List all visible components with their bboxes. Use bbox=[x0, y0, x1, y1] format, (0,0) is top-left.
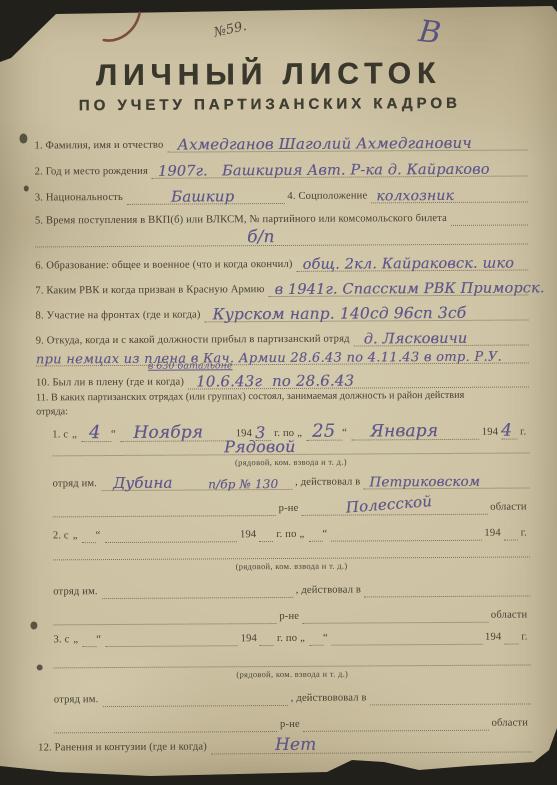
field-units-label2: отряда: bbox=[36, 403, 537, 417]
acted-in-label: , действововал в bbox=[288, 692, 370, 705]
unit3-name-line bbox=[102, 691, 288, 707]
unit1-name-row: отряд им. Дубина п/бр № 130 , действовал… bbox=[53, 472, 530, 491]
unit1-role: Рядовой bbox=[224, 439, 296, 455]
field-surname-value: Ахмедганов Шаголий Ахмедганович bbox=[177, 136, 471, 153]
district-label: р-не bbox=[277, 719, 303, 732]
quote-close: “ bbox=[322, 529, 331, 542]
field-surname-label: 1. Фамилия, имя и отчество bbox=[34, 140, 167, 154]
field-birth-label: 2. Год и место рождения bbox=[35, 166, 152, 180]
year-prefix: 194 bbox=[238, 633, 260, 646]
unit3-num: 3. с bbox=[53, 634, 73, 647]
unit3-month-line bbox=[105, 631, 238, 647]
scanned-document: №59. В ЛИЧНЫЙ ЛИСТОК ПО УЧЕТУ ПАРТИЗАНСК… bbox=[0, 0, 557, 785]
field-education-value: общ. 2кл. Кайраковск. шко bbox=[303, 256, 515, 272]
unit3-day2-line bbox=[309, 631, 323, 646]
field-nationality-label: 3. Национальность bbox=[35, 192, 127, 206]
quote-open: „ bbox=[300, 633, 309, 646]
unit1-day: 4 bbox=[89, 424, 101, 442]
unit3-acted-line bbox=[370, 689, 531, 705]
unit1-district-line bbox=[53, 501, 276, 517]
field-party-row: 5. Время поступления в ВКП(б) или ВЛКСМ,… bbox=[35, 209, 528, 228]
field-arrival-label: 9. Откуда, когда и с какой должности при… bbox=[36, 334, 354, 349]
pen-flourish-icon bbox=[98, 9, 146, 51]
field-arrival-row: 9. Откуда, когда и с какой должности при… bbox=[36, 329, 529, 348]
unit3-role-line bbox=[54, 650, 531, 668]
field-social-line: колхозник bbox=[370, 187, 528, 203]
field-party-label: 5. Время поступления в ВКП(б) или ВЛКСМ,… bbox=[35, 213, 451, 229]
role-hint: (рядовой, ком. взвода и т. д.) bbox=[54, 667, 531, 680]
field-party-value: б/п bbox=[247, 229, 275, 246]
quote-open: „ bbox=[299, 529, 308, 542]
unit3-dates-row: 3. с „ “ 194 г. по „ “ 194 г. bbox=[53, 628, 530, 647]
unit1-role-line: Рядовой bbox=[52, 438, 529, 456]
unit2-month-line bbox=[104, 527, 237, 543]
unit3-role-row bbox=[54, 652, 531, 668]
field-rvk-label: 7. Каким РВК и когда призван в Красную А… bbox=[35, 284, 268, 298]
field-captivity-value: 10.6.43г по 28.6.43 bbox=[196, 374, 354, 390]
unit3-year2-line bbox=[504, 630, 518, 645]
year-prefix: 194 bbox=[481, 528, 503, 541]
field-rvk-line: в 1941г. Спасским РВК Приморск. bbox=[268, 280, 528, 297]
unit2-num: 2. с bbox=[53, 530, 73, 543]
oblast-label: области bbox=[487, 501, 530, 514]
unit3-name-row: отряд им. , действововал в bbox=[54, 688, 531, 707]
field-social-label: 4. Соцположение bbox=[284, 190, 370, 204]
field-arrival-value: д. Лясковичи bbox=[364, 331, 468, 346]
ink-spot bbox=[37, 664, 43, 670]
unit1-oblast: Полесской bbox=[346, 494, 433, 516]
unit2-role-line bbox=[53, 542, 530, 560]
unit3-district-line bbox=[54, 717, 277, 733]
quote-open: „ bbox=[73, 530, 82, 543]
quote-open: „ bbox=[73, 634, 82, 647]
role-hint: (рядовой, ком. взвода и т. д.) bbox=[53, 559, 530, 572]
field-arrival-insert: в 630 батальоне bbox=[148, 360, 233, 372]
field-wounds-value: Нет bbox=[275, 737, 317, 754]
unit3-district-row: р-не области bbox=[54, 714, 531, 733]
field-surname-row: 1. Фамилия, имя и отчество Ахмедганов Ша… bbox=[34, 134, 527, 153]
field-birth-row: 2. Год и место рождения 1907г. Башкирия … bbox=[35, 160, 528, 179]
unit1-name: Дубина bbox=[113, 476, 173, 491]
unit1-year2-digit: 4 bbox=[501, 423, 512, 440]
field-fronts-value: Курском напр. 140сд 96сп 3сб bbox=[213, 305, 467, 322]
ink-spot bbox=[30, 621, 37, 629]
oblast-label: области bbox=[489, 717, 532, 730]
unit-name-label: отряд им. bbox=[54, 694, 103, 707]
unit2-day2-line bbox=[308, 527, 322, 542]
field-nationality-row: 3. Национальность Башкир 4. Соцположение… bbox=[35, 186, 528, 205]
district-label: р-не bbox=[276, 611, 302, 624]
field-birth-line: 1907г. Башкирия Авт. Р-ка д. Кайраково bbox=[152, 161, 528, 178]
field-units-label: 11. В каких партизанских отрядах (или гр… bbox=[36, 389, 537, 403]
district-label: р-не bbox=[276, 503, 302, 516]
field-arrival-cont-line: при немцах из плена в Кач. Армии 28.6.43… bbox=[36, 348, 529, 366]
unit1-month2: Января bbox=[370, 423, 438, 440]
unit2-dates-row: 2. с „ “ 194 г. по „ “ 194 г. bbox=[53, 524, 530, 543]
field-wounds-line: Нет bbox=[211, 737, 531, 754]
unit2-day-line bbox=[82, 528, 96, 543]
date-mid-label: г. по bbox=[274, 633, 300, 646]
unit2-acted-line bbox=[364, 581, 530, 597]
field-captivity-line: 10.6.43г по 28.6.43 bbox=[188, 372, 529, 389]
corner-letter-mark: В bbox=[417, 14, 443, 51]
field-fronts-label: 8. Участие на фронтах (где и когда) bbox=[35, 309, 204, 323]
field-wounds-label: 12. Ранения и контузии (где и когда) bbox=[38, 741, 211, 755]
field-fronts-line: Курском напр. 140сд 96сп 3сб bbox=[205, 305, 529, 322]
field-arrival-cont-row: при немцах из плена в Кач. Армии 28.6.43… bbox=[36, 347, 529, 366]
unit-name-label: отряд им. bbox=[53, 586, 102, 599]
date-end-label: г. bbox=[518, 527, 530, 540]
unit1-month: Ноября bbox=[133, 424, 203, 441]
unit1-day2-line: 25 bbox=[306, 426, 342, 441]
acted-in-label: , действовал в bbox=[292, 476, 363, 489]
unit2-year2-line bbox=[504, 526, 518, 541]
unit2-oblast-line bbox=[302, 608, 488, 624]
unit3-month2-line bbox=[332, 630, 482, 646]
ink-spot bbox=[19, 134, 27, 144]
unit1-oblast-line: Полесской bbox=[301, 500, 487, 516]
year-prefix: 194 bbox=[237, 529, 259, 542]
unit1-acted-line: Петриковском bbox=[363, 473, 529, 489]
document-number-mark: №59. bbox=[213, 19, 248, 41]
oblast-label: области bbox=[488, 609, 531, 622]
unit3-year-line bbox=[260, 631, 274, 646]
unit1-acted: Петриковском bbox=[369, 475, 480, 489]
unit2-name-line bbox=[102, 583, 293, 599]
unit2-district-line bbox=[53, 609, 276, 625]
field-party-answer-line: б/п bbox=[35, 229, 528, 247]
unit1-role-row: Рядовой bbox=[52, 439, 529, 456]
unit2-role-row bbox=[53, 544, 530, 560]
unit1-year2-line: 4 bbox=[501, 425, 517, 440]
field-arrival-value2: при немцах из плена в Кач. Армии 28.6.43… bbox=[36, 351, 502, 367]
unit2-name-row: отряд им. , действовал в bbox=[53, 580, 530, 599]
field-nationality-line: Башкир bbox=[127, 189, 285, 205]
field-birth-value: 1907г. Башкирия Авт. Р-ка д. Кайраково bbox=[158, 162, 490, 179]
ink-spot bbox=[24, 186, 29, 192]
unit3-oblast-line bbox=[303, 716, 489, 732]
field-education-line: общ. 2кл. Кайраковск. шко bbox=[297, 255, 529, 271]
acted-in-label: , действовал в bbox=[293, 584, 364, 597]
unit-name-label: отряд им. bbox=[53, 478, 102, 491]
form-content: №59. В ЛИЧНЫЙ ЛИСТОК ПО УЧЕТУ ПАРТИЗАНСК… bbox=[0, 0, 557, 785]
field-captivity-label: 10. Был ли в плену (где и когда) bbox=[36, 377, 188, 391]
field-arrival-line: д. Лясковичи bbox=[354, 330, 529, 346]
date-mid-label: г. по bbox=[273, 529, 299, 542]
unit2-month2-line bbox=[331, 526, 481, 542]
role-hint: (рядовой, ком. взвода и т. д.) bbox=[52, 455, 529, 468]
field-party-answer-row: б/п bbox=[35, 228, 528, 247]
quote-close: “ bbox=[323, 633, 332, 646]
field-rvk-value: в 1941г. Спасским РВК Приморск. bbox=[275, 281, 545, 297]
field-captivity-row: 10. Был ли в плену (где и когда) 10.6.43… bbox=[36, 371, 529, 390]
unit3-day-line bbox=[82, 632, 96, 647]
unit2-district-row: р-не области bbox=[53, 606, 530, 625]
quote-close: “ bbox=[96, 530, 105, 543]
field-nationality-value: Башкир bbox=[171, 189, 234, 204]
unit2-year-line bbox=[259, 527, 273, 542]
field-social-value: колхозник bbox=[376, 189, 454, 203]
quote-close: “ bbox=[96, 634, 105, 647]
unit1-district-row: р-не Полесской области bbox=[53, 498, 530, 517]
unit1-day2: 25 bbox=[312, 423, 335, 441]
field-rvk-row: 7. Каким РВК и когда призван в Красную А… bbox=[35, 279, 528, 298]
unit1-name-line: Дубина п/бр № 130 bbox=[101, 475, 292, 491]
field-education-label: 6. Образование: общее и военное (что и к… bbox=[35, 259, 296, 274]
field-surname-line: Ахмедганов Шаголий Ахмедганович bbox=[167, 135, 527, 152]
date-end-label: г. bbox=[518, 631, 530, 644]
form-title: ЛИЧНЫЙ ЛИСТОК bbox=[0, 56, 539, 93]
year-prefix: 194 bbox=[482, 632, 504, 645]
field-education-row: 6. Образование: общее и военное (что и к… bbox=[35, 254, 528, 273]
form-subtitle: ПО УЧЕТУ ПАРТИЗАНСКИХ КАДРОВ bbox=[0, 94, 541, 114]
unit1-brigade: п/бр № 130 bbox=[208, 478, 278, 490]
field-fronts-row: 8. Участие на фронтах (где и когда) Курс… bbox=[35, 304, 528, 323]
field-wounds-row: 12. Ранения и контузии (где и когда) Нет bbox=[38, 736, 531, 755]
unit1-day-line: 4 bbox=[81, 427, 111, 442]
field-party-line bbox=[451, 210, 528, 225]
